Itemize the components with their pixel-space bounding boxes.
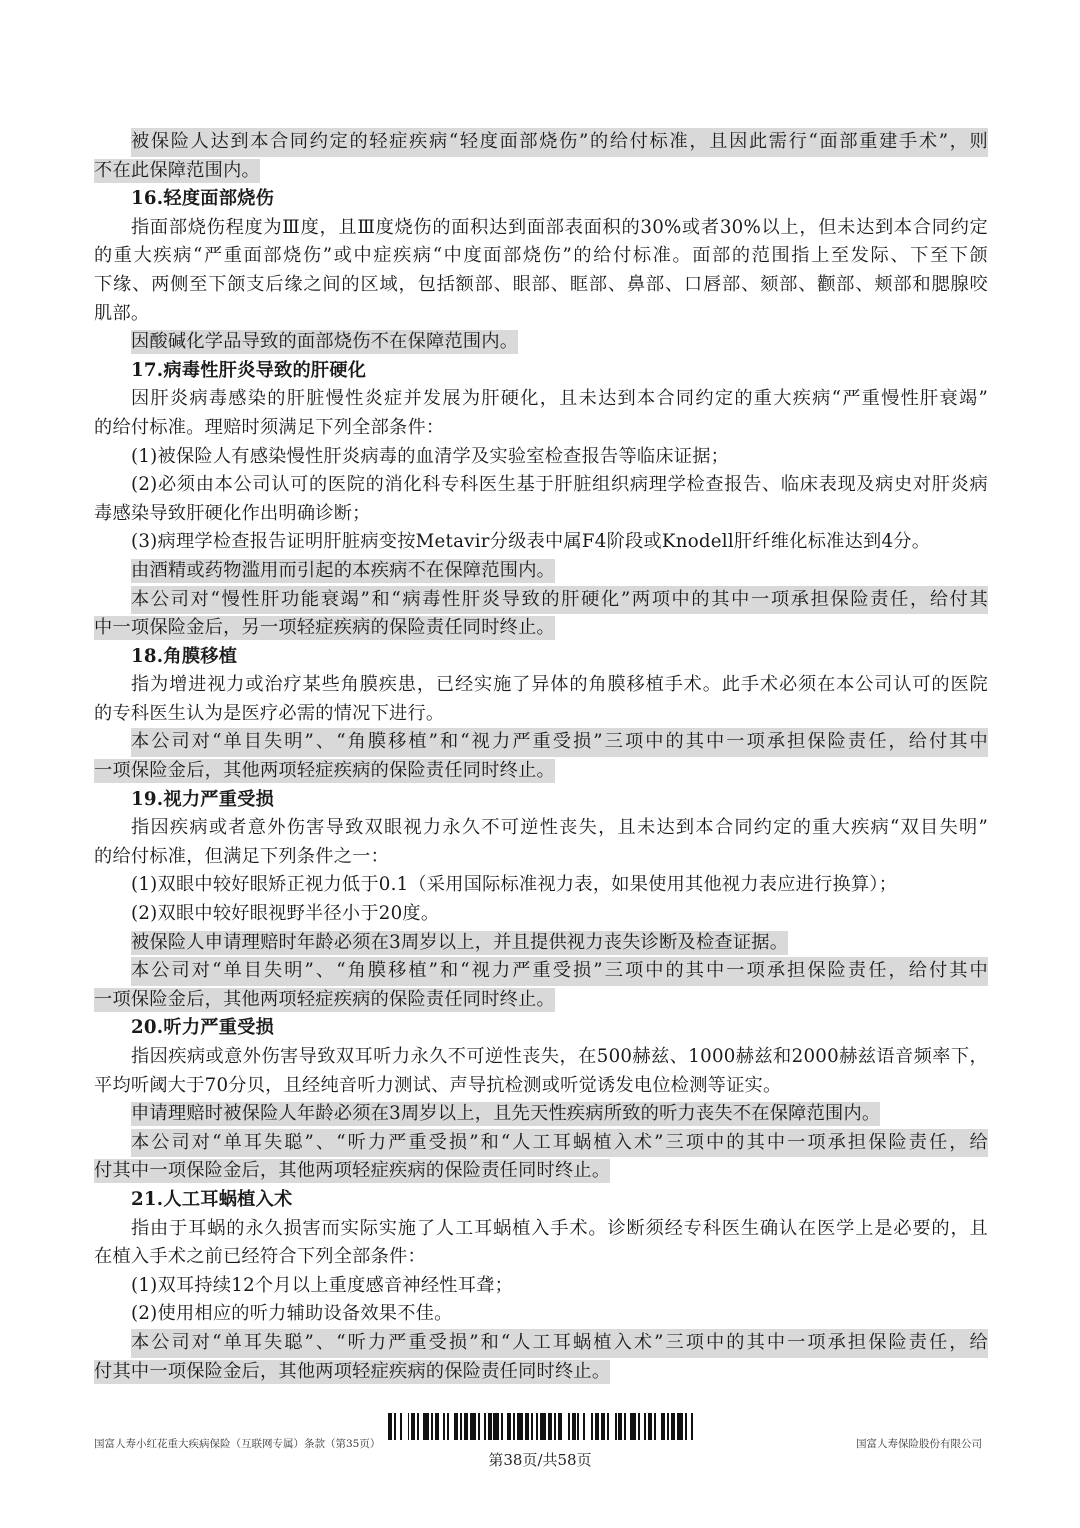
line-text: (1)双耳持续12个月以上重度感音神经性耳聋； bbox=[131, 1275, 513, 1296]
line-text: (1)双眼中较好眼矫正视力低于0.1（采用国际标准视力表，如果使用其他视力表应进… bbox=[131, 874, 897, 895]
line-text: 本公司对“单耳失聪”、“听力严重受损”和“人工耳蜗植入术”三项中的其中一项承担保… bbox=[131, 1129, 988, 1158]
line-text: 因酸碱化学品导致的面部烧伤不在保障范围内。 bbox=[131, 330, 518, 354]
clause-line: 指为增进视力或治疗某些角膜疾患，已经实施了异体的角膜移植手术。此手术必须在本公司… bbox=[94, 671, 988, 700]
line-text: 在植入手术之前已经符合下列全部条件： bbox=[94, 1246, 426, 1267]
clause-line: 指面部烧伤程度为Ⅲ度，且Ⅲ度烧伤的面积达到面部表面积的30%或者30%以上，但未… bbox=[94, 214, 988, 243]
line-text: (2)必须由本公司认可的医院的消化科专科医生基于肝脏组织病理学检查报告、临床表现… bbox=[131, 471, 988, 500]
line-text: 不在此保障范围内。 bbox=[94, 159, 260, 183]
line-text: 21.人工耳蜗植入术 bbox=[131, 1189, 292, 1210]
line-text: 付其中一项保险金后，其他两项轻症疾病的保险责任同时终止。 bbox=[94, 1360, 610, 1384]
line-text: (1)被保险人有感染慢性肝炎病毒的血清学及实验室检查报告等临床证据； bbox=[131, 446, 729, 467]
highlighted-clause-line: 一项保险金后，其他两项轻症疾病的保险责任同时终止。 bbox=[94, 757, 988, 786]
clause-line: 肌部。 bbox=[94, 300, 988, 329]
clause-line: 的给付标准。理赔时须满足下列全部条件： bbox=[94, 414, 988, 443]
clause-line: 的专科医生认为是医疗必需的情况下进行。 bbox=[94, 700, 988, 729]
clause-line: 平均听阈大于70分贝，且经纯音听力测试、声导抗检测或听觉诱发电位检测等证实。 bbox=[94, 1072, 988, 1101]
line-text: 16.轻度面部烧伤 bbox=[131, 188, 274, 209]
highlighted-clause-line: 本公司对“单耳失聪”、“听力严重受损”和“人工耳蜗植入术”三项中的其中一项承担保… bbox=[94, 1129, 988, 1158]
clause-line: 因肝炎病毒感染的肝脏慢性炎症并发展为肝硬化，且未达到本合同约定的重大疾病“严重慢… bbox=[94, 385, 988, 414]
line-text: 指为增进视力或治疗某些角膜疾患，已经实施了异体的角膜移植手术。此手术必须在本公司… bbox=[131, 671, 988, 700]
document-body: 被保险人达到本合同约定的轻症疾病“轻度面部烧伤”的给付标准，且因此需行“面部重建… bbox=[94, 128, 988, 1386]
line-text: 本公司对“单耳失聪”、“听力严重受损”和“人工耳蜗植入术”三项中的其中一项承担保… bbox=[131, 1329, 988, 1358]
clause-line: (1)双耳持续12个月以上重度感音神经性耳聋； bbox=[94, 1272, 988, 1301]
line-text: 指面部烧伤程度为Ⅲ度，且Ⅲ度烧伤的面积达到面部表面积的30%或者30%以上，但未… bbox=[131, 214, 988, 243]
section-heading: 20.听力严重受损 bbox=[94, 1014, 988, 1043]
line-text: 的专科医生认为是医疗必需的情况下进行。 bbox=[94, 703, 444, 724]
highlighted-clause-line: 申请理赔时被保险人年龄必须在3周岁以上，且先天性疾病所致的听力丧失不在保障范围内… bbox=[94, 1100, 988, 1129]
section-heading: 18.角膜移植 bbox=[94, 643, 988, 672]
clause-line: (2)双眼中较好眼视野半径小于20度。 bbox=[94, 900, 988, 929]
line-text: 中一项保险金后，另一项轻症疾病的保险责任同时终止。 bbox=[94, 616, 555, 640]
line-text: 一项保险金后，其他两项轻症疾病的保险责任同时终止。 bbox=[94, 988, 555, 1012]
line-text: 20.听力严重受损 bbox=[131, 1017, 274, 1038]
line-text: 指由于耳蜗的永久损害而实际实施了人工耳蜗植入手术。诊断须经专科医生确认在医学上是… bbox=[131, 1215, 988, 1244]
highlighted-clause-line: 被保险人达到本合同约定的轻症疾病“轻度面部烧伤”的给付标准，且因此需行“面部重建… bbox=[94, 128, 988, 157]
highlighted-clause-line: 由酒精或药物滥用而引起的本疾病不在保障范围内。 bbox=[94, 557, 988, 586]
highlighted-clause-line: 因酸碱化学品导致的面部烧伤不在保障范围内。 bbox=[94, 328, 988, 357]
barcode-icon bbox=[388, 1413, 697, 1440]
clause-line: (2)必须由本公司认可的医院的消化科专科医生基于肝脏组织病理学检查报告、临床表现… bbox=[94, 471, 988, 500]
barcode-bar bbox=[693, 1413, 697, 1440]
line-text: (2)双眼中较好眼视野半径小于20度。 bbox=[131, 903, 439, 924]
section-heading: 17.病毒性肝炎导致的肝硬化 bbox=[94, 357, 988, 386]
line-text: 因肝炎病毒感染的肝脏慢性炎症并发展为肝硬化，且未达到本合同约定的重大疾病“严重慢… bbox=[131, 385, 988, 414]
line-text: 的给付标准。理赔时须满足下列全部条件： bbox=[94, 417, 444, 438]
line-text: 申请理赔时被保险人年龄必须在3周岁以上，且先天性疾病所致的听力丧失不在保障范围内… bbox=[131, 1102, 880, 1126]
line-text: 一项保险金后，其他两项轻症疾病的保险责任同时终止。 bbox=[94, 759, 555, 783]
clause-line: 下缘、两侧至下颌支后缘之间的区域，包括额部、眼部、眶部、鼻部、口唇部、颏部、颧部… bbox=[94, 271, 988, 300]
line-text: 的重大疾病“严重面部烧伤”或中症疾病“中度面部烧伤”的给付标准。面部的范围指上至… bbox=[94, 242, 988, 271]
line-text: 被保险人达到本合同约定的轻症疾病“轻度面部烧伤”的给付标准，且因此需行“面部重建… bbox=[131, 128, 988, 157]
line-text: 平均听阈大于70分贝，且经纯音听力测试、声导抗检测或听觉诱发电位检测等证实。 bbox=[94, 1075, 781, 1096]
highlighted-clause-line: 本公司对“单耳失聪”、“听力严重受损”和“人工耳蜗植入术”三项中的其中一项承担保… bbox=[94, 1329, 988, 1358]
highlighted-clause-line: 被保险人申请理赔时年龄必须在3周岁以上，并且提供视力丧失诊断及检查证据。 bbox=[94, 929, 988, 958]
clause-line: 指因疾病或意外伤害导致双耳听力永久不可逆性丧失，在500赫兹、1000赫兹和20… bbox=[94, 1043, 988, 1072]
line-text: 本公司对“慢性肝功能衰竭”和“病毒性肝炎导致的肝硬化”两项中的其中一项承担保险责… bbox=[131, 586, 988, 615]
line-text: 被保险人申请理赔时年龄必须在3周岁以上，并且提供视力丧失诊断及检查证据。 bbox=[131, 931, 788, 955]
line-text: 毒感染导致肝硬化作出明确诊断； bbox=[94, 503, 371, 524]
clause-line: 的重大疾病“严重面部烧伤”或中症疾病“中度面部烧伤”的给付标准。面部的范围指上至… bbox=[94, 242, 988, 271]
highlighted-clause-line: 付其中一项保险金后，其他两项轻症疾病的保险责任同时终止。 bbox=[94, 1157, 988, 1186]
highlighted-clause-line: 一项保险金后，其他两项轻症疾病的保险责任同时终止。 bbox=[94, 986, 988, 1015]
highlighted-clause-line: 付其中一项保险金后，其他两项轻症疾病的保险责任同时终止。 bbox=[94, 1358, 988, 1387]
line-text: 付其中一项保险金后，其他两项轻症疾病的保险责任同时终止。 bbox=[94, 1159, 610, 1183]
line-text: 指因疾病或者意外伤害导致双眼视力永久不可逆性丧失，且未达到本合同约定的重大疾病“… bbox=[131, 814, 988, 843]
section-heading: 16.轻度面部烧伤 bbox=[94, 185, 988, 214]
clause-line: 的给付标准，但满足下列条件之一： bbox=[94, 843, 988, 872]
line-text: 指因疾病或意外伤害导致双耳听力永久不可逆性丧失，在500赫兹、1000赫兹和20… bbox=[131, 1043, 988, 1072]
page-indicator: 第38页/共58页 bbox=[0, 1449, 1080, 1470]
line-text: 肌部。 bbox=[94, 303, 149, 324]
highlighted-clause-line: 中一项保险金后，另一项轻症疾病的保险责任同时终止。 bbox=[94, 614, 988, 643]
line-text: (3)病理学检查报告证明肝脏病变按Metavir分级表中属F4阶段或Knodel… bbox=[131, 531, 930, 552]
line-text: 19.视力严重受损 bbox=[131, 789, 274, 810]
highlighted-clause-line: 本公司对“单目失明”、“角膜移植”和“视力严重受损”三项中的其中一项承担保险责任… bbox=[94, 728, 988, 757]
line-text: 18.角膜移植 bbox=[131, 646, 237, 667]
section-heading: 21.人工耳蜗植入术 bbox=[94, 1186, 988, 1215]
clause-line: (2)使用相应的听力辅助设备效果不佳。 bbox=[94, 1300, 988, 1329]
section-heading: 19.视力严重受损 bbox=[94, 786, 988, 815]
line-text: 本公司对“单目失明”、“角膜移植”和“视力严重受损”三项中的其中一项承担保险责任… bbox=[131, 728, 988, 757]
line-text: (2)使用相应的听力辅助设备效果不佳。 bbox=[131, 1303, 453, 1324]
line-text: 下缘、两侧至下颌支后缘之间的区域，包括额部、眼部、眶部、鼻部、口唇部、颏部、颧部… bbox=[94, 271, 988, 300]
clause-line: 指由于耳蜗的永久损害而实际实施了人工耳蜗植入手术。诊断须经专科医生确认在医学上是… bbox=[94, 1215, 988, 1244]
clause-line: (3)病理学检查报告证明肝脏病变按Metavir分级表中属F4阶段或Knodel… bbox=[94, 528, 988, 557]
clause-line: 指因疾病或者意外伤害导致双眼视力永久不可逆性丧失，且未达到本合同约定的重大疾病“… bbox=[94, 814, 988, 843]
highlighted-clause-line: 本公司对“慢性肝功能衰竭”和“病毒性肝炎导致的肝硬化”两项中的其中一项承担保险责… bbox=[94, 586, 988, 615]
highlighted-clause-line: 不在此保障范围内。 bbox=[94, 157, 988, 186]
line-text: 由酒精或药物滥用而引起的本疾病不在保障范围内。 bbox=[131, 559, 555, 583]
highlighted-clause-line: 本公司对“单目失明”、“角膜移植”和“视力严重受损”三项中的其中一项承担保险责任… bbox=[94, 957, 988, 986]
clause-line: 在植入手术之前已经符合下列全部条件： bbox=[94, 1243, 988, 1272]
line-text: 17.病毒性肝炎导致的肝硬化 bbox=[131, 360, 366, 381]
line-text: 本公司对“单目失明”、“角膜移植”和“视力严重受损”三项中的其中一项承担保险责任… bbox=[131, 957, 988, 986]
line-text: 的给付标准，但满足下列条件之一： bbox=[94, 846, 389, 867]
clause-line: (1)被保险人有感染慢性肝炎病毒的血清学及实验室检查报告等临床证据； bbox=[94, 443, 988, 472]
clause-line: (1)双眼中较好眼矫正视力低于0.1（采用国际标准视力表，如果使用其他视力表应进… bbox=[94, 871, 988, 900]
clause-line: 毒感染导致肝硬化作出明确诊断； bbox=[94, 500, 988, 529]
